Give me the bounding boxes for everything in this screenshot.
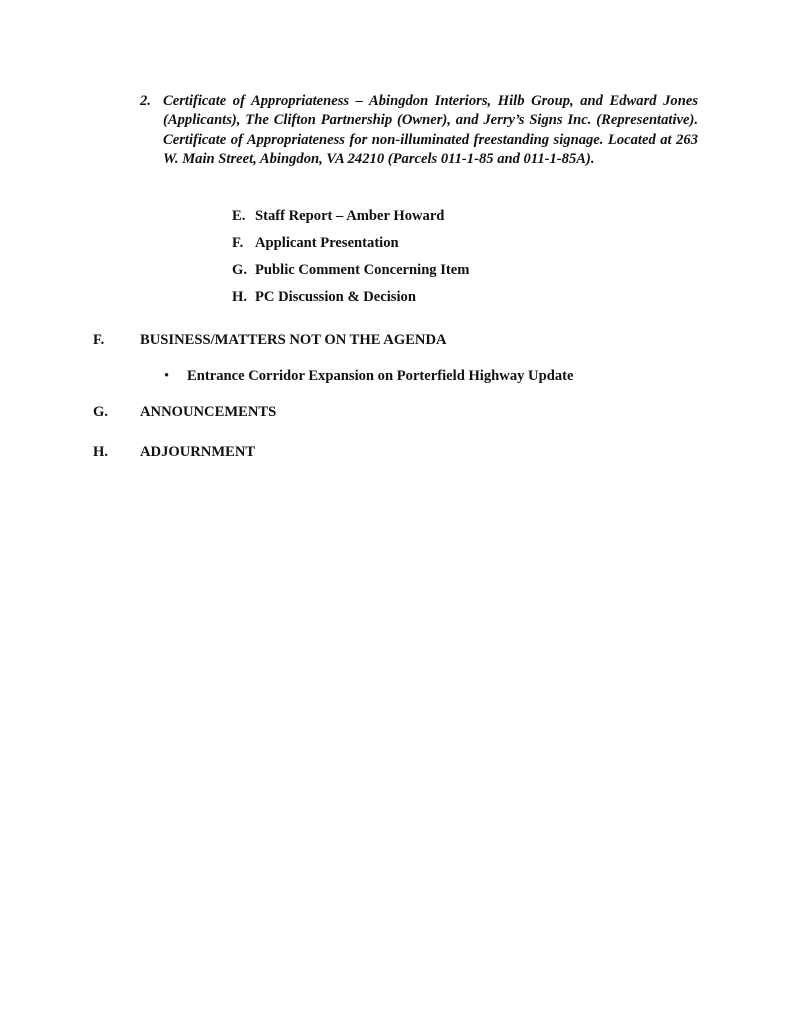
section-title: ANNOUNCEMENTS — [140, 403, 276, 422]
agenda-item-description: Certificate of Appropriateness – Abingdo… — [163, 92, 698, 170]
document-page: 2. Certificate of Appropriateness – Abin… — [0, 0, 791, 1024]
sub-item-letter: E. — [232, 207, 245, 226]
sub-item-label: Applicant Presentation — [255, 234, 399, 253]
agenda-item-2: 2. Certificate of Appropriateness – Abin… — [140, 92, 698, 170]
bullet-label: Entrance Corridor Expansion on Porterfie… — [187, 367, 573, 386]
sub-item-letter: H. — [232, 288, 247, 307]
section-letter: F. — [93, 331, 104, 350]
sub-item-label: Staff Report – Amber Howard — [255, 207, 444, 226]
sub-item-letter: F. — [232, 234, 243, 253]
sub-item-letter: G. — [232, 261, 247, 280]
sub-item-label: Public Comment Concerning Item — [255, 261, 469, 280]
bullet-icon: • — [164, 367, 169, 386]
sub-item-label: PC Discussion & Decision — [255, 288, 416, 307]
section-title: BUSINESS/MATTERS NOT ON THE AGENDA — [140, 331, 447, 350]
section-title: ADJOURNMENT — [140, 443, 255, 462]
section-letter: H. — [93, 443, 108, 462]
agenda-item-number: 2. — [140, 92, 151, 111]
section-letter: G. — [93, 403, 108, 422]
